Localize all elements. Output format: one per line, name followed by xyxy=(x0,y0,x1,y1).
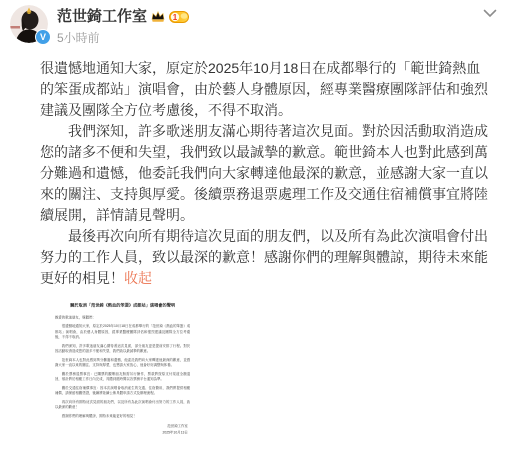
statement-paragraph: 很遺憾地通知大家，原定於2025年10月18日在成都舉行的「范世錡《熱血的笨蛋》… xyxy=(55,324,190,340)
avatar[interactable]: V xyxy=(10,5,48,43)
post-timestamp: 5小時前 xyxy=(57,29,510,46)
vip-level-number: 1 xyxy=(173,12,178,21)
vip-crown-icon xyxy=(151,11,165,23)
statement-salutation: 親愛的歌迷朋友，媒體們： xyxy=(55,314,190,320)
vip-level-badge: 1 xyxy=(169,11,189,23)
statement-date: 2025年10月13日 xyxy=(55,430,188,436)
statement-paragraph: 關於票務退票事宜：已購票的觀眾朋友無需另行操作，票款將按原支付渠道全額退回，預計… xyxy=(55,371,190,382)
statement-paragraph: 范世錡本人也對此感到萬分難過和遺憾，他委託我們向大家轉達他最深的歉意，並感謝大家… xyxy=(55,357,190,368)
username[interactable]: 范世錡工作室 xyxy=(57,8,147,25)
post-text: 很遺憾地通知大家，原定於2025年10月18日在成都舉行的「範世錡熱血的笨蛋成都… xyxy=(40,58,492,289)
statement-document: 關於取消「范世錡《熱血的笨蛋》成都站」演唱會的聲明 親愛的歌迷朋友，媒體們： 很… xyxy=(55,302,190,435)
header-text: 范世錡工作室 1 5小時前 xyxy=(57,0,510,46)
verified-badge-icon: V xyxy=(35,29,51,45)
statement-title: 關於取消「范世錡《熱血的笨蛋》成都站」演唱會的聲明 xyxy=(55,302,190,308)
post-paragraph: 很遺憾地通知大家，原定於2025年10月18日在成都舉行的「範世錡熱血的笨蛋成都… xyxy=(40,58,492,121)
post-header: V 范世錡工作室 1 5小時前 xyxy=(0,0,510,50)
post-paragraph: 我們深知，許多歌迷朋友滿心期待著這次見面。對於因活動取消造成您的諸多不便和失望，… xyxy=(40,121,492,226)
collapse-link[interactable]: 收起 xyxy=(124,270,152,286)
chevron-down-icon[interactable] xyxy=(483,9,497,18)
statement-signature: 范世錡工作室 xyxy=(55,423,188,429)
statement-paragraph: 關於交通住宿補償事宜：因本次演唱會取消產生的交通、住宿費用，我們將提供相應補償，… xyxy=(55,385,190,396)
statement-paragraph: 我們深知，許多歌迷朋友滿心期待著這次見面，部分朋友更是提前安排了行程。對於因活動… xyxy=(55,343,190,354)
post-paragraph: 最後再次向所有期待這次見面的朋友們，以及所有為此次演唱會付出努力的工作人員，致以… xyxy=(40,226,492,289)
post-paragraph-text: 最後再次向所有期待這次見面的朋友們，以及所有為此次演唱會付出努力的工作人員，致以… xyxy=(40,228,488,286)
weibo-post-page: { "header": { "username": "范世錡工作室", "ver… xyxy=(0,0,510,450)
statement-paragraph: 感謝你們的理解與體諒，期待未來能更好的相見！ xyxy=(55,413,190,418)
statement-image-attachment[interactable]: 關於取消「范世錡《熱血的笨蛋》成都站」演唱會的聲明 親愛的歌迷朋友，媒體們： 很… xyxy=(55,302,191,450)
statement-body: 很遺憾地通知大家，原定於2025年10月18日在成都舉行的「范世錡《熱血的笨蛋》… xyxy=(55,324,190,419)
statement-paragraph: 再次向所有期待這次見面的朋友們，以及所有為此次演唱會付出努力的工作人員，致以最深… xyxy=(55,399,190,410)
